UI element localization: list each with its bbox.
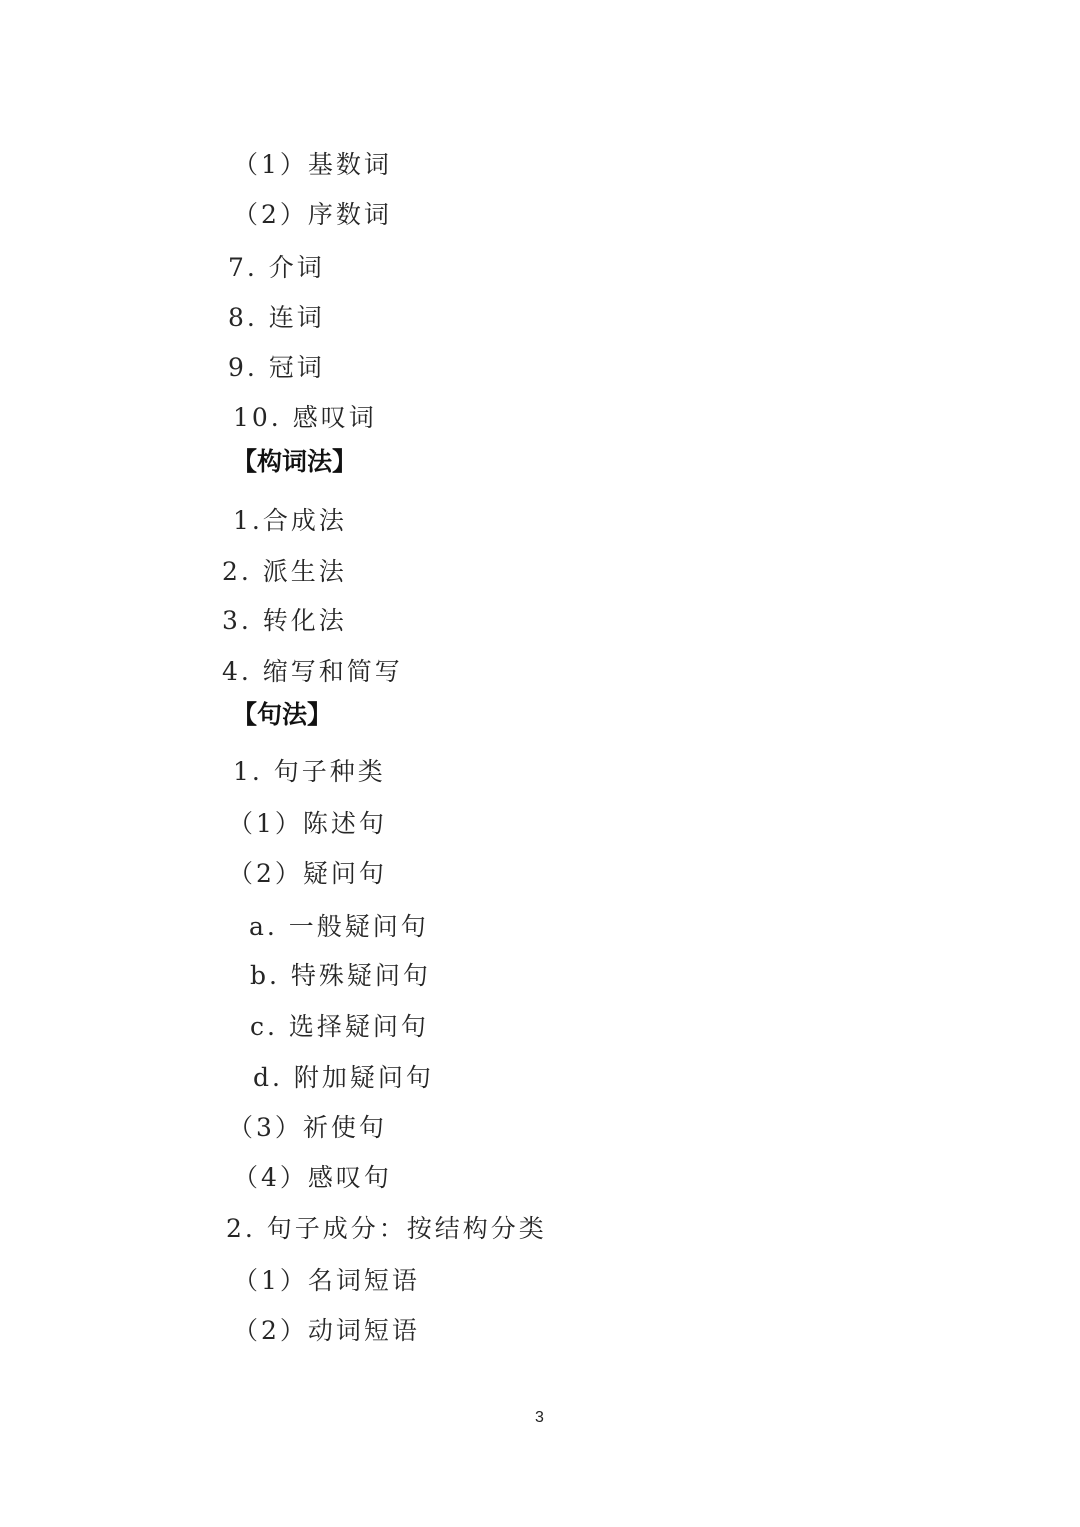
list-item-sentence-types: 1. 句子种类 bbox=[233, 757, 386, 787]
section-heading-word-formation: 【构词法】 bbox=[232, 447, 357, 477]
list-item-interjections: 10. 感叹词 bbox=[233, 403, 377, 433]
page-number: 3 bbox=[535, 1408, 544, 1428]
list-item-abbreviation: 4. 缩写和简写 bbox=[222, 657, 403, 687]
list-item-sentence-components: 2. 句子成分：按结构分类 bbox=[226, 1214, 547, 1244]
list-subsubitem-general-question: a. 一般疑问句 bbox=[249, 912, 429, 942]
list-subitem-ordinal-numerals: （2）序数词 bbox=[233, 200, 392, 230]
list-subsubitem-alternative-question: c. 选择疑问句 bbox=[250, 1012, 429, 1042]
list-subsubitem-tag-question: d. 附加疑问句 bbox=[253, 1063, 434, 1093]
list-subsubitem-special-question: b. 特殊疑问句 bbox=[250, 961, 431, 991]
list-subitem-declarative: （1）陈述句 bbox=[228, 809, 387, 839]
list-item-compounding: 1.合成法 bbox=[233, 506, 347, 536]
list-subitem-verb-phrase: （2）动词短语 bbox=[233, 1316, 420, 1346]
list-subitem-cardinal-numerals: （1）基数词 bbox=[233, 150, 392, 180]
list-item-prepositions: 7. 介词 bbox=[228, 253, 325, 283]
list-subitem-interrogative: （2）疑问句 bbox=[228, 859, 387, 889]
list-item-derivation: 2. 派生法 bbox=[222, 557, 347, 587]
list-subitem-exclamatory: （4）感叹句 bbox=[233, 1163, 392, 1193]
document-page: （1）基数词 （2）序数词 7. 介词 8. 连词 9. 冠词 10. 感叹词 … bbox=[0, 0, 1080, 1527]
section-heading-syntax: 【句法】 bbox=[232, 700, 332, 730]
list-item-articles: 9. 冠词 bbox=[228, 353, 325, 383]
list-item-conversion: 3. 转化法 bbox=[222, 606, 347, 636]
list-item-conjunctions: 8. 连词 bbox=[228, 303, 325, 333]
list-subitem-imperative: （3）祈使句 bbox=[228, 1113, 387, 1143]
list-subitem-noun-phrase: （1）名词短语 bbox=[233, 1266, 420, 1296]
